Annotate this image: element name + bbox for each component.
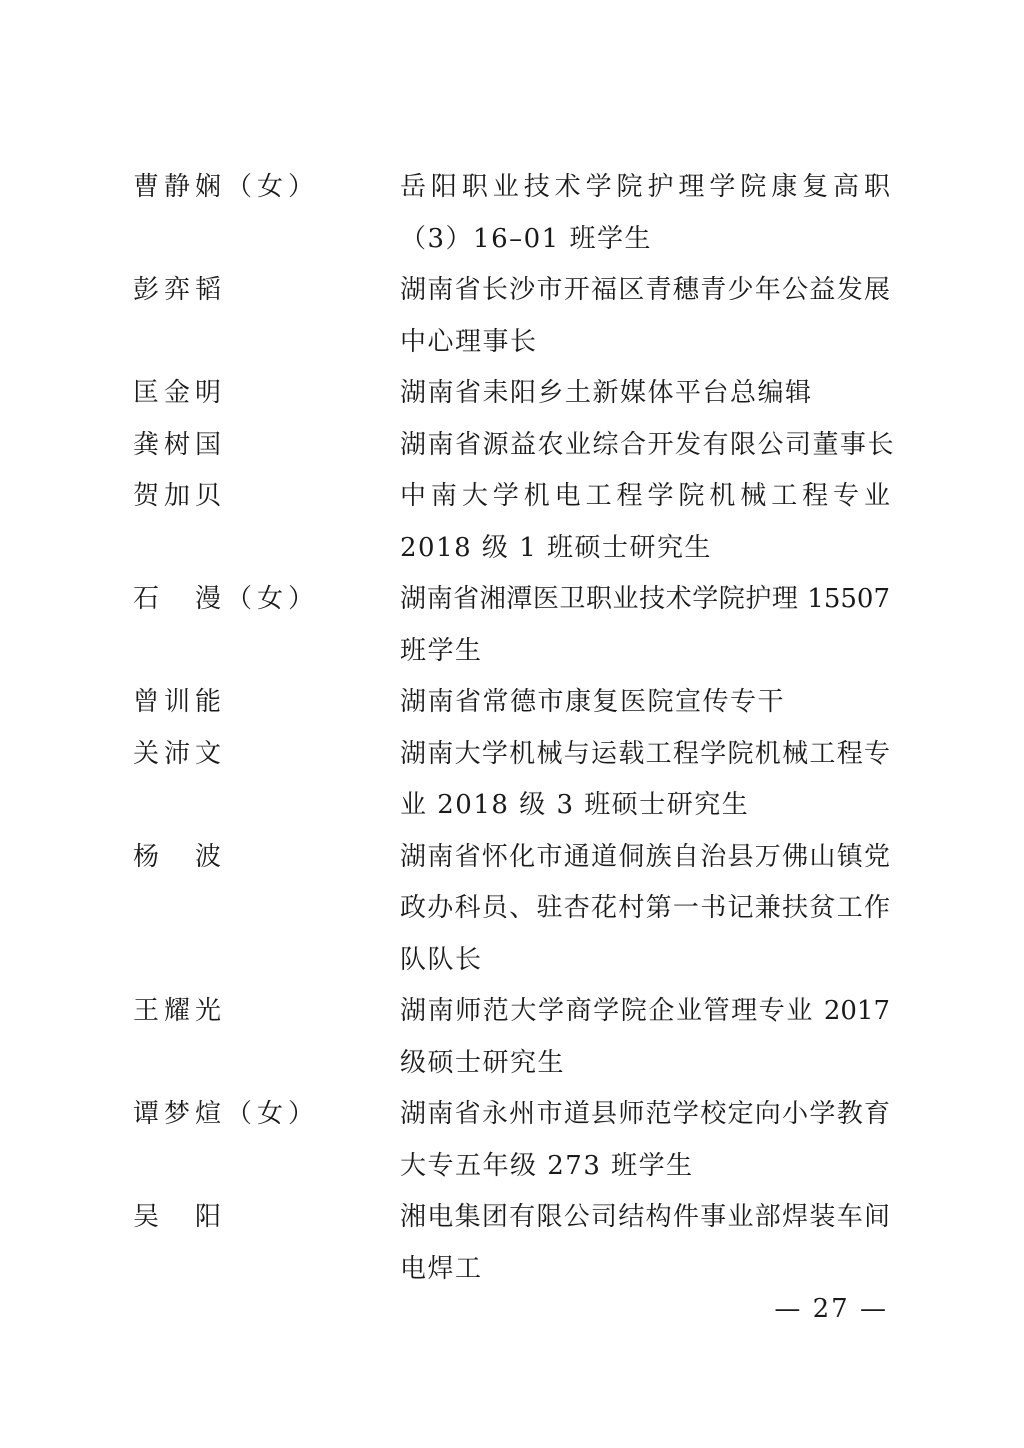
person-title: 湖南省怀化市通道侗族自治县万佛山镇党政办科员、驻杏花村第一书记兼扶贫工作队队长 — [400, 832, 890, 987]
title-line: 岳阳职业技术学院护理学院康复高职 — [400, 162, 890, 214]
title-line: （3）16–01 班学生 — [400, 214, 890, 266]
title-line: 政办科员、驻杏花村第一书记兼扶贫工作 — [400, 883, 890, 935]
roster-entry: 贺加贝中南大学机电工程学院机械工程专业2018 级 1 班硕士研究生 — [133, 471, 891, 574]
title-line: 中南大学机电工程学院机械工程专业 — [400, 471, 890, 523]
roster-entry: 谭梦煊（女）湖南省永州市道县师范学校定向小学教育大专五年级 273 班学生 — [133, 1089, 891, 1192]
roster-entry: 石 漫（女）湖南省湘潭医卫职业技术学院护理 15507班学生 — [133, 574, 891, 677]
roster-entry: 匡金明湖南省耒阳乡土新媒体平台总编辑 — [133, 368, 891, 420]
person-title: 湖南大学机械与运载工程学院机械工程专业 2018 级 3 班硕士研究生 — [400, 729, 890, 832]
title-line: 湖南师范大学商学院企业管理专业 2017 — [400, 986, 890, 1038]
person-title: 湖南省常德市康复医院宣传专干 — [400, 677, 890, 729]
person-name: 关沛文 — [133, 729, 400, 781]
person-name: 贺加贝 — [133, 471, 400, 523]
person-name: 匡金明 — [133, 368, 400, 420]
title-line: 大专五年级 273 班学生 — [400, 1141, 890, 1193]
person-title: 湖南省耒阳乡土新媒体平台总编辑 — [400, 368, 890, 420]
roster-entry: 龚树国湖南省源益农业综合开发有限公司董事长 — [133, 420, 891, 472]
title-line: 湖南省长沙市开福区青穗青少年公益发展 — [400, 265, 890, 317]
person-title: 中南大学机电工程学院机械工程专业2018 级 1 班硕士研究生 — [400, 471, 890, 574]
title-line: 2018 级 1 班硕士研究生 — [400, 523, 890, 575]
document-page: 曹静娴（女）岳阳职业技术学院护理学院康复高职（3）16–01 班学生彭弈韬湖南省… — [0, 0, 1024, 1448]
title-line: 班学生 — [400, 626, 890, 678]
title-line: 湖南省常德市康复医院宣传专干 — [400, 677, 890, 729]
roster-entry: 吴 阳湘电集团有限公司结构件事业部焊装车间电焊工 — [133, 1192, 891, 1295]
title-line: 湖南省耒阳乡土新媒体平台总编辑 — [400, 368, 890, 420]
title-line: 中心理事长 — [400, 317, 890, 369]
title-line: 湖南省永州市道县师范学校定向小学教育 — [400, 1089, 890, 1141]
person-name: 曹静娴（女） — [133, 162, 400, 214]
person-title: 湖南省长沙市开福区青穗青少年公益发展中心理事长 — [400, 265, 890, 368]
person-title: 湖南省湘潭医卫职业技术学院护理 15507班学生 — [400, 574, 890, 677]
roster-list: 曹静娴（女）岳阳职业技术学院护理学院康复高职（3）16–01 班学生彭弈韬湖南省… — [133, 162, 891, 1295]
person-title: 湖南省永州市道县师范学校定向小学教育大专五年级 273 班学生 — [400, 1089, 890, 1192]
page-number: — 27 — — [0, 1294, 888, 1324]
person-name: 曾训能 — [133, 677, 400, 729]
person-title: 岳阳职业技术学院护理学院康复高职（3）16–01 班学生 — [400, 162, 890, 265]
person-name: 石 漫（女） — [133, 574, 400, 626]
title-line: 队队长 — [400, 935, 890, 987]
person-name: 谭梦煊（女） — [133, 1089, 400, 1141]
title-line: 湖南省湘潭医卫职业技术学院护理 15507 — [400, 574, 890, 626]
roster-entry: 曹静娴（女）岳阳职业技术学院护理学院康复高职（3）16–01 班学生 — [133, 162, 891, 265]
person-title: 湖南师范大学商学院企业管理专业 2017级硕士研究生 — [400, 986, 890, 1089]
person-name: 王耀光 — [133, 986, 400, 1038]
roster-entry: 曾训能湖南省常德市康复医院宣传专干 — [133, 677, 891, 729]
person-name: 杨 波 — [133, 832, 400, 884]
title-line: 级硕士研究生 — [400, 1038, 890, 1090]
roster-entry: 王耀光湖南师范大学商学院企业管理专业 2017级硕士研究生 — [133, 986, 891, 1089]
title-line: 湘电集团有限公司结构件事业部焊装车间 — [400, 1192, 890, 1244]
person-title: 湘电集团有限公司结构件事业部焊装车间电焊工 — [400, 1192, 890, 1295]
person-name: 吴 阳 — [133, 1192, 400, 1244]
title-line: 湖南大学机械与运载工程学院机械工程专 — [400, 729, 890, 781]
title-line: 湖南省怀化市通道侗族自治县万佛山镇党 — [400, 832, 890, 884]
person-title: 湖南省源益农业综合开发有限公司董事长 — [400, 420, 890, 472]
person-name: 龚树国 — [133, 420, 400, 472]
roster-entry: 关沛文湖南大学机械与运载工程学院机械工程专业 2018 级 3 班硕士研究生 — [133, 729, 891, 832]
title-line: 业 2018 级 3 班硕士研究生 — [400, 780, 890, 832]
roster-entry: 杨 波湖南省怀化市通道侗族自治县万佛山镇党政办科员、驻杏花村第一书记兼扶贫工作队… — [133, 832, 891, 987]
roster-entry: 彭弈韬湖南省长沙市开福区青穗青少年公益发展中心理事长 — [133, 265, 891, 368]
title-line: 电焊工 — [400, 1244, 890, 1296]
person-name: 彭弈韬 — [133, 265, 400, 317]
title-line: 湖南省源益农业综合开发有限公司董事长 — [400, 420, 890, 472]
